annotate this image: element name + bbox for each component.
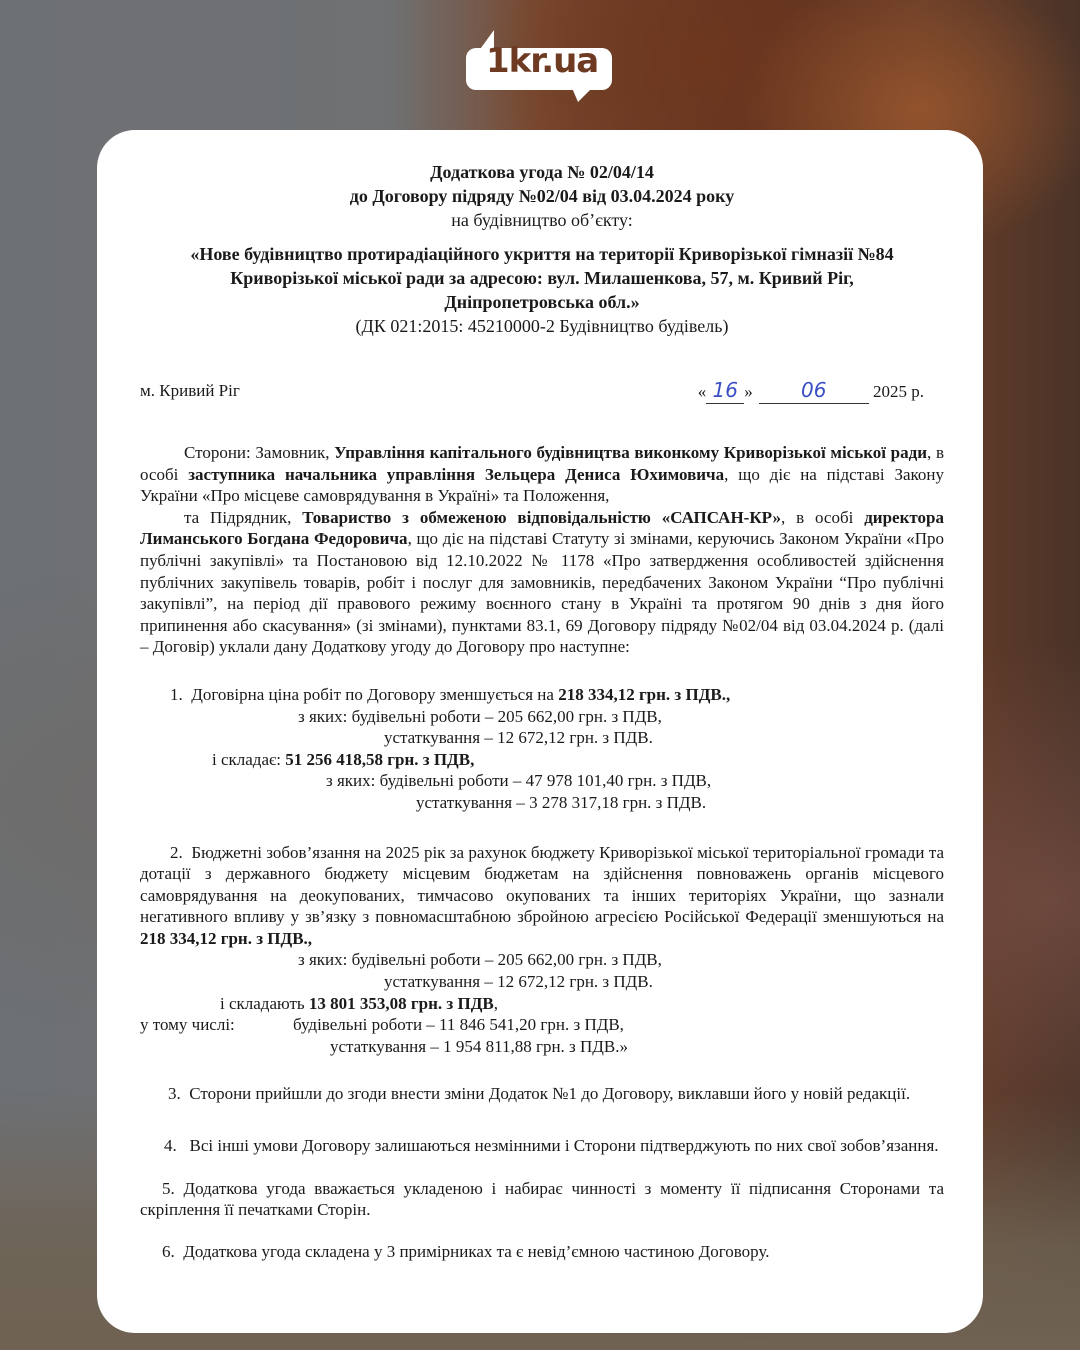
heading-contract: до Договору підряду №02/04 від 03.04.202… (140, 184, 944, 208)
clause-number: 3. (168, 1084, 181, 1103)
clause-total-label: і складають (220, 994, 309, 1013)
clause-6: 6. Додаткова угода складена у 3 примірни… (140, 1241, 944, 1263)
text: Сторони: Замовник, (184, 443, 334, 462)
clause-sub-line: з яких: будівельні роботи – 205 662,00 г… (140, 706, 944, 728)
clause-including-label: у тому числі: (140, 1015, 235, 1034)
clause-text: Договірна ціна робіт по Договору зменшує… (191, 685, 558, 704)
clause-text: Сторони прийшли до згоди внести зміни До… (189, 1084, 910, 1103)
document-date: «16»06 2025 р. (698, 380, 924, 404)
clause-text: Бюджетні зобов’язання на 2025 рік за рах… (140, 843, 944, 927)
place-city: м. Кривий Ріг (140, 380, 240, 402)
clause-1: 1. Договірна ціна робіт по Договору змен… (140, 684, 944, 814)
clause-number: 4. (164, 1136, 177, 1155)
clause-text: Всі інші умови Договору залишаються незм… (190, 1136, 939, 1155)
object-line-2: Криворізької міської ради за адресою: ву… (140, 266, 944, 290)
customer-representative: заступника начальника управління Зельцер… (188, 465, 724, 484)
document-heading: Додаткова угода № 02/04/14 до Договору п… (140, 160, 944, 232)
clause-sub-line: устаткування – 3 278 317,18 грн. з ПДВ. (140, 792, 944, 814)
clause-sub-line: з яких: будівельні роботи – 205 662,00 г… (140, 949, 944, 971)
place-date-row: м. Кривий Ріг «16»06 2025 р. (140, 374, 944, 404)
text: , (494, 994, 498, 1013)
contractor-name: Товариство з обмеженою відповідальністю … (302, 508, 781, 527)
clause-sub-line: устаткування – 12 672,12 грн. з ПДВ. (140, 971, 944, 993)
clause-sub-line: устаткування – 1 954 811,88 грн. з ПДВ.» (140, 1036, 944, 1058)
clause-number: 5. (162, 1179, 175, 1198)
object-code: (ДК 021:2015: 45210000-2 Будівництво буд… (140, 314, 944, 338)
party-customer: Сторони: Замовник, Управління капітально… (140, 442, 944, 507)
date-month-field: 06 (759, 380, 869, 404)
clause-number: 6. (162, 1242, 175, 1261)
clause-total: 13 801 353,08 грн. з ПДВ (309, 994, 494, 1013)
clause-amount: 218 334,12 грн. з ПДВ., (140, 929, 312, 948)
clause-text: Додаткова угода вважається укладеною і н… (140, 1179, 944, 1220)
text: , що діє на підставі Статуту зі змінами,… (140, 529, 944, 656)
clause-5: 5. Додаткова угода вважається укладеною … (140, 1178, 944, 1221)
date-month: 06 (801, 378, 826, 402)
logo-text: 1kr.ua (486, 44, 598, 78)
clause-number: 1. (170, 685, 183, 704)
site-logo[interactable]: 1kr.ua (466, 30, 614, 102)
text: , в особі (781, 508, 864, 527)
date-day: 16 (713, 378, 738, 402)
object-title: «Нове будівництво протирадіаційного укри… (140, 242, 944, 338)
heading-title: Додаткова угода № 02/04/14 (140, 160, 944, 184)
date-quote-close: » (744, 382, 753, 401)
object-line-3: Дніпропетровська обл.» (140, 290, 944, 314)
parties-section: Сторони: Замовник, Управління капітально… (140, 442, 944, 658)
party-contractor: та Підрядник, Товариство з обмеженою від… (140, 507, 944, 658)
document-page: Додаткова угода № 02/04/14 до Договору п… (140, 160, 944, 1262)
text: та Підрядник, (184, 508, 302, 527)
clause-3: 3. Сторони прийшли до згоди внести зміни… (140, 1083, 944, 1105)
document-card: Додаткова угода № 02/04/14 до Договору п… (97, 130, 983, 1333)
clause-sub-line: з яких: будівельні роботи – 47 978 101,4… (140, 770, 944, 792)
clause-sub-line: будівельні роботи – 11 846 541,20 грн. з… (293, 1014, 624, 1036)
clause-text: Додаткова угода складена у 3 примірниках… (183, 1242, 769, 1261)
object-line-1: «Нове будівництво протирадіаційного укри… (140, 242, 944, 266)
clause-total-label: і складає: (212, 750, 285, 769)
date-quote-open: « (698, 382, 707, 401)
clause-2: 2. Бюджетні зобов’язання на 2025 рік за … (140, 842, 944, 1058)
clause-4: 4. Всі інші умови Договору залишаються н… (140, 1135, 944, 1157)
clause-number: 2. (170, 843, 183, 862)
date-year: 2025 р. (873, 382, 924, 401)
logo-bubble-tail (572, 88, 592, 102)
clause-total: 51 256 418,58 грн. з ПДВ, (285, 750, 474, 769)
clause-amount: 218 334,12 грн. з ПДВ., (558, 685, 730, 704)
heading-object-label: на будівництво об’єкту: (140, 208, 944, 232)
date-day-field: 16 (706, 380, 744, 404)
customer-name: Управління капітального будівництва вико… (334, 443, 927, 462)
clause-sub-line: устаткування – 12 672,12 грн. з ПДВ. (140, 727, 944, 749)
